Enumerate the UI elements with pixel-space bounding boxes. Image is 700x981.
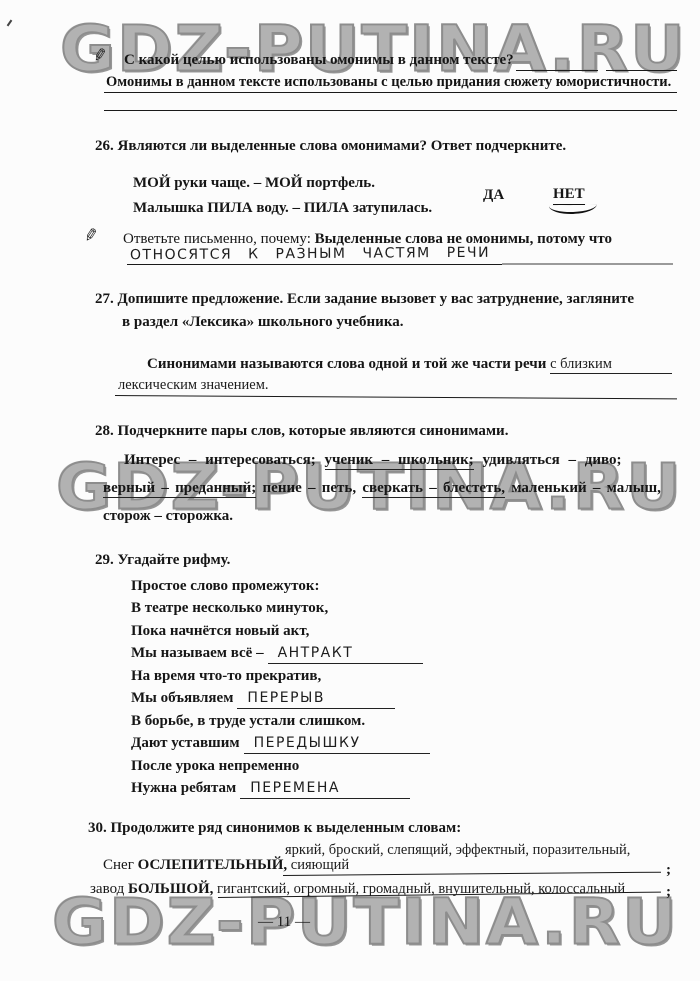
ex30-heading: 30. Продолжите ряд синонимов к выделенны… — [88, 820, 461, 837]
ex30-row1: Снег ОСЛЕПИТЕЛЬНЫЙ, сияющий — [103, 856, 349, 874]
poem-handwritten-answer: ПЕРЕРЫВ — [237, 690, 395, 709]
poem-line: Дают уставшимПЕРЕДЫШКУ — [131, 735, 430, 754]
intro-answer: Омонимы в данном тексте использованы с ц… — [106, 74, 671, 91]
ex28-underlined-pair: сверкать – блестеть, — [362, 480, 505, 498]
ex26-prompt-plain: Ответьте письменно, почему: — [123, 231, 315, 247]
poem-text: Мы называем всё – — [131, 645, 264, 661]
poem-handwritten-answer: ПЕРЕМЕНА — [240, 780, 410, 799]
answer-line — [606, 70, 677, 71]
answer-line — [104, 110, 677, 111]
intro-question: С какой целью использованы омонимы в дан… — [124, 52, 514, 69]
poem-text: После урока непременно — [131, 758, 299, 774]
page-number: — 11 — — [258, 914, 310, 931]
poem-line: Мы называем всё –АНТРАКТ — [131, 645, 423, 664]
ex28-underlined-pair: верный – преданный; — [103, 480, 256, 498]
poem-text: Простое слово промежуток: — [131, 578, 319, 594]
ex27-heading-line2: в раздел «Лексика» школьного учебника. — [122, 314, 403, 331]
scan-mark — [7, 20, 13, 27]
ex30-row1-keyword: ОСЛЕПИТЕЛЬНЫЙ, — [138, 857, 288, 873]
ex28-line2: верный – преданный; пение – петь, сверка… — [103, 480, 661, 497]
poem-line: Простое слово промежуток: — [131, 578, 319, 595]
ex28-line3: сторож – сторожка. — [103, 508, 233, 525]
poem-text: В театре несколько минуток, — [131, 600, 328, 616]
ex26-sentence-2: Малышка ПИЛА воду. – ПИЛА затупилась. — [133, 200, 432, 217]
ex30-row1-word: Снег — [103, 857, 138, 873]
ex26-option-no: НЕТ — [553, 186, 585, 205]
poem-handwritten-answer: ПЕРЕДЫШКУ — [244, 735, 431, 754]
ex27-sentence: Синонимами называются слова одной и той … — [147, 355, 672, 373]
ex26-heading: 26. Являются ли выделенные слова омонима… — [95, 138, 566, 155]
poem-text: Нужна ребятам — [131, 780, 236, 796]
ex28-underlined-pair: ученик – школьник; — [325, 452, 474, 470]
ex28-pair-text: удивляться – диво; — [474, 452, 622, 468]
poem-line: Мы объявляемПЕРЕРЫВ — [131, 690, 395, 709]
poem-line: Нужна ребятамПЕРЕМЕНА — [131, 780, 410, 799]
ex26-option-yes: ДА — [483, 187, 504, 204]
poem-text: Мы объявляем — [131, 690, 233, 706]
ex29-heading: 29. Угадайте рифму. — [95, 552, 230, 569]
ex30-row2-keyword: БОЛЬШОЙ, — [128, 881, 213, 897]
ex26-handwritten-answer: ОТНОСЯТСЯ К РАЗНЫМ ЧАСТЯМ РЕЧИ — [130, 245, 490, 264]
ex30-row1-separator: ; — [666, 862, 671, 879]
watermark-bottom: GDZ-PUTINA.RU — [52, 891, 679, 954]
pencil-icon: ✎ — [82, 225, 100, 248]
answer-line — [516, 70, 598, 71]
poem-text: На время что-то прекратив, — [131, 668, 321, 684]
ex28-pair-text: пение – петь, — [256, 480, 362, 496]
poem-text: В борьбе, в труде устали слишком. — [131, 713, 365, 729]
poem-line: В борьбе, в труде устали слишком. — [131, 713, 365, 730]
poem-line: После урока непременно — [131, 758, 299, 775]
poem-text: Дают уставшим — [131, 735, 240, 751]
ex27-answer-part2: лексическим значением. — [118, 377, 269, 394]
ex26-sentence-1: МОЙ руки чаще. – МОЙ портфель. — [133, 175, 375, 192]
workbook-page: GDZ-PUTINA.RU GDZ-PUTINA.RU GDZ-PUTINA.R… — [0, 0, 700, 981]
answer-line — [104, 92, 677, 93]
poem-line: Пока начнётся новый акт, — [131, 623, 309, 640]
ex28-pair-text: маленький – малыш, — [505, 480, 661, 496]
poem-handwritten-answer: АНТРАКТ — [268, 645, 424, 664]
ex30-row2-separator: ; — [666, 884, 671, 901]
handwritten-underline — [127, 264, 502, 265]
ex28-line1: Интерес – интересоваться; ученик – школь… — [124, 452, 622, 469]
answer-line — [115, 395, 677, 399]
poem-text: Пока начнётся новый акт, — [131, 623, 309, 639]
poem-line: На время что-то прекратив, — [131, 668, 321, 685]
ex28-pair-text: Интерес – интересоваться; — [124, 452, 325, 468]
ex30-row2-word: завод — [90, 881, 128, 897]
ex27-answer-part1: с близким — [550, 356, 672, 374]
ex27-stem: Синонимами называются слова одной и той … — [147, 356, 550, 372]
ex28-heading: 28. Подчеркните пары слов, которые являю… — [95, 423, 508, 440]
answer-line — [502, 263, 673, 265]
handwritten-underline — [549, 204, 597, 215]
poem-line: В театре несколько минуток, — [131, 600, 328, 617]
ex27-heading-line1: 27. Допишите предложение. Если задание в… — [95, 291, 634, 308]
ex30-row1-answer: сияющий — [287, 857, 349, 873]
watermark-top: GDZ-PUTINA.RU — [60, 18, 687, 81]
